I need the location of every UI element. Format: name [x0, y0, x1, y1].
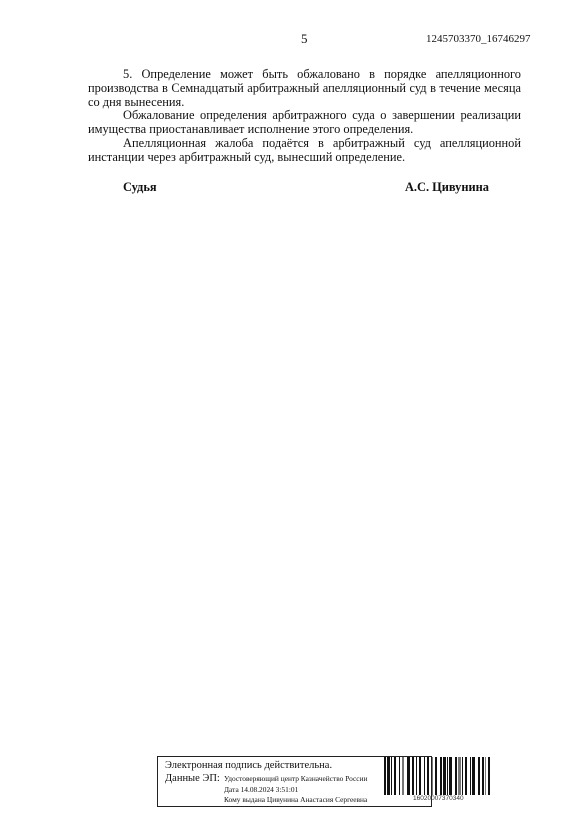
document-id: 1245703370_16746297: [426, 31, 531, 47]
certificate-owner: Кому выдана Цивунина Анастасия Сергеевна: [224, 795, 367, 806]
signature-date: Дата 14.08.2024 3:51:01: [224, 785, 367, 796]
paragraph-appeal-procedure: 5. Определение может быть обжаловано в п…: [88, 68, 521, 109]
barcode: [384, 757, 494, 795]
judge-label: Судья: [123, 180, 157, 195]
judge-name: А.С. Цивунина: [405, 180, 489, 195]
paragraph-appeal-submission: Апелляционная жалоба подаётся в арбитраж…: [88, 137, 521, 165]
signature-status: Электронная подпись действительна.: [165, 759, 332, 772]
page-number: 5: [301, 31, 308, 47]
signature-data-label: Данные ЭП:: [165, 772, 220, 785]
signature-details: Удостоверяющий центр Казначейство России…: [224, 774, 367, 806]
barcode-number: 16020007370340: [413, 795, 464, 803]
certificate-authority: Удостоверяющий центр Казначейство России: [224, 774, 367, 785]
barcode-icon: [384, 757, 494, 795]
paragraph-appeal-suspension: Обжалование определения арбитражного суд…: [88, 109, 521, 137]
document-body: 5. Определение может быть обжаловано в п…: [88, 68, 521, 165]
